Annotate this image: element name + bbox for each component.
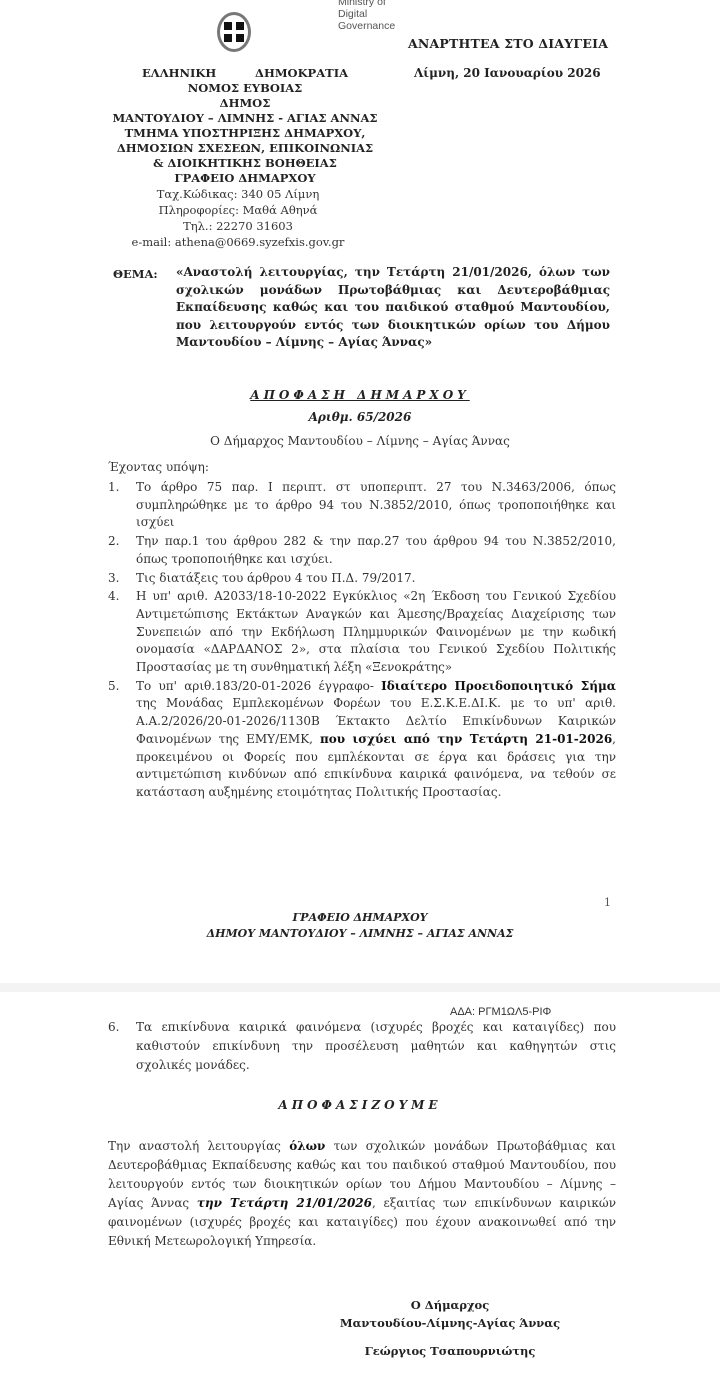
phone: Τηλ.: 22270 31603	[108, 218, 368, 234]
cross-icon	[224, 22, 244, 42]
considerations-list-continued: 6. Τα επικίνδυνα καιρικά φαινόμενα (ισχυ…	[108, 1018, 616, 1076]
item-text: Το άρθρο 75 παρ. Ι περιπτ. στ υποπεριπτ.…	[136, 479, 616, 532]
issuer-block: ΕΛΛΗΝΙΚΗ ΔΗΜΟΚΡΑΤΙΑ ΝΟΜΟΣ ΕΥΒΟΙΑΣ ΔΗΜΟΣ …	[100, 66, 390, 186]
info-contact: Πληροφορίες: Μαθά Αθηνά	[108, 202, 368, 218]
bold-text-run: όλων	[289, 1139, 325, 1153]
footer-office: ΓΡΑΦΕΙΟ ΔΗΜΑΡΧΟΥ ΔΗΜΟΥ ΜΑΝΤΟΥΔΙΟΥ – ΛΙΜΝ…	[150, 910, 570, 942]
footer-line: ΓΡΑΦΕΙΟ ΔΗΜΑΡΧΟΥ	[150, 910, 570, 926]
email: e-mail: athena@0669.syzefxis.gov.gr	[108, 234, 368, 250]
page-number: 1	[604, 896, 611, 909]
item-text: Τις διατάξεις του άρθρου 4 του Π.Δ. 79/2…	[136, 570, 616, 588]
item-text: Το υπ' αριθ.183/20-01-2026 έγγραφο- Ιδια…	[136, 678, 616, 802]
item-number: 1.	[108, 479, 136, 532]
item-number: 2.	[108, 533, 136, 568]
item-text: Η υπ' αριθ. Α2033/18-10-2022 Εγκύκλιος «…	[136, 588, 616, 677]
item-number: 4.	[108, 588, 136, 677]
republic-right: ΔΗΜΟΚΡΑΤΙΑ	[255, 66, 348, 81]
signature-line: Governance	[338, 20, 424, 32]
item-number: 5.	[108, 678, 136, 802]
signature-municipality: Μαντουδίου-Λίμνης-Αγίας Άννας	[300, 1314, 600, 1332]
signature-title: Ο Δήμαρχος	[300, 1296, 600, 1314]
contact-block: Ταχ.Κώδικας: 340 05 Λίμνη Πληροφορίες: Μ…	[108, 186, 368, 250]
greek-coat-of-arms-icon	[217, 12, 251, 52]
republic-line: ΕΛΛΗΝΙΚΗ ΔΗΜΟΚΡΑΤΙΑ	[100, 66, 390, 81]
item-text: Τα επικίνδυνα καιρικά φαινόμενα (ισχυρές…	[136, 1018, 616, 1075]
diavgeia-post-label: ΑΝΑΡΤΗΤΕΑ ΣΤΟ ΔΙΑΥΓΕΙΑ	[408, 36, 608, 51]
decision-title: ΑΠΟΦΑΣΗ ΔΗΜΑΡΧΟΥ	[150, 388, 570, 402]
issuer-line: ΔΗΜΟΣ	[100, 96, 390, 111]
signature-line: Ministry of	[338, 0, 424, 8]
signature-block: Ο Δήμαρχος Μαντουδίου-Λίμνης-Αγίας Άννας…	[300, 1296, 600, 1360]
issuer-line: ΝΟΜΟΣ ΕΥΒΟΙΑΣ	[100, 81, 390, 96]
list-item: 3. Τις διατάξεις του άρθρου 4 του Π.Δ. 7…	[108, 570, 616, 588]
text-run: Την αναστολή λειτουργίας	[108, 1139, 289, 1153]
document-date: Λίμνη, 20 Ιανουαρίου 2026	[414, 66, 601, 80]
subject-text: «Αναστολή λειτουργίας, την Τετάρτη 21/01…	[176, 264, 610, 352]
signature-name: Γεώργιος Τσαπουρνιώτης	[300, 1342, 600, 1360]
subject-label: ΘΕΜΑ:	[113, 267, 158, 281]
issuer-line: ΜΑΝΤΟΥΔΙΟΥ – ΛΙΜΝΗΣ - ΑΓΙΑΣ ΑΝΝΑΣ	[100, 111, 390, 126]
list-item: 6. Τα επικίνδυνα καιρικά φαινόμενα (ισχυ…	[108, 1018, 616, 1075]
item-text: Την παρ.1 του άρθρου 282 & την παρ.27 το…	[136, 533, 616, 568]
issuer-line: ΓΡΑΦΕΙΟ ΔΗΜΑΡΧΟΥ	[100, 171, 390, 186]
list-item: 5. Το υπ' αριθ.183/20-01-2026 έγγραφο- Ι…	[108, 678, 616, 802]
digital-signature-stamp: Ministry of Digital Governance	[338, 0, 424, 32]
footer-line: ΔΗΜΟΥ ΜΑΝΤΟΥΔΙΟΥ – ΛΙΜΝΗΣ – ΑΓΙΑΣ ΑΝΝΑΣ	[150, 926, 570, 942]
decide-title: ΑΠΟΦΑΣΙΖΟΥΜΕ	[150, 1098, 570, 1112]
list-item: 2. Την παρ.1 του άρθρου 282 & την παρ.27…	[108, 533, 616, 568]
considering-label: Έχοντας υπόψη:	[108, 460, 209, 474]
postal-code: Ταχ.Κώδικας: 340 05 Λίμνη	[108, 186, 368, 202]
bold-italic-text-run: την Τετάρτη 21/01/2026	[197, 1196, 372, 1210]
republic-left: ΕΛΛΗΝΙΚΗ	[142, 66, 216, 81]
page-separator	[0, 983, 720, 992]
issuer-line: ΔΗΜΟΣΙΩΝ ΣΧΕΣΕΩΝ, ΕΠΙΚΟΙΝΩΝΙΑΣ	[100, 141, 390, 156]
list-item: 1. Το άρθρο 75 παρ. Ι περιπτ. στ υποπερι…	[108, 479, 616, 532]
considerations-list: 1. Το άρθρο 75 παρ. Ι περιπτ. στ υποπερι…	[108, 479, 616, 803]
issuer-line: ΤΜΗΜΑ ΥΠΟΣΤΗΡΙΞΗΣ ΔΗΜΑΡΧΟΥ,	[100, 126, 390, 141]
signature-line: Digital	[338, 8, 424, 20]
mayor-line: Ο Δήμαρχος Μαντουδίου – Λίμνης – Αγίας Ά…	[110, 434, 610, 448]
issuer-line: & ΔΙΟΙΚΗΤΙΚΗΣ ΒΟΗΘΕΙΑΣ	[100, 156, 390, 171]
decision-body: Την αναστολή λειτουργίας όλων των σχολικ…	[108, 1137, 616, 1251]
text-run: Το υπ' αριθ.183/20-01-2026 έγγραφο-	[136, 679, 381, 693]
ada-code: ΑΔΑ: ΡΓΜ1ΩΛ5-ΡΙΦ	[450, 1006, 551, 1018]
list-item: 4. Η υπ' αριθ. Α2033/18-10-2022 Εγκύκλιο…	[108, 588, 616, 677]
decision-number: Αριθμ. 65/2026	[150, 410, 570, 424]
item-number: 6.	[108, 1018, 136, 1075]
item-number: 3.	[108, 570, 136, 588]
bold-text-run: που ισχύει από την Τετάρτη 21-01-2026	[320, 732, 612, 746]
bold-text-run: Ιδιαίτερο Προειδοποιητικό Σήμα	[381, 679, 616, 693]
